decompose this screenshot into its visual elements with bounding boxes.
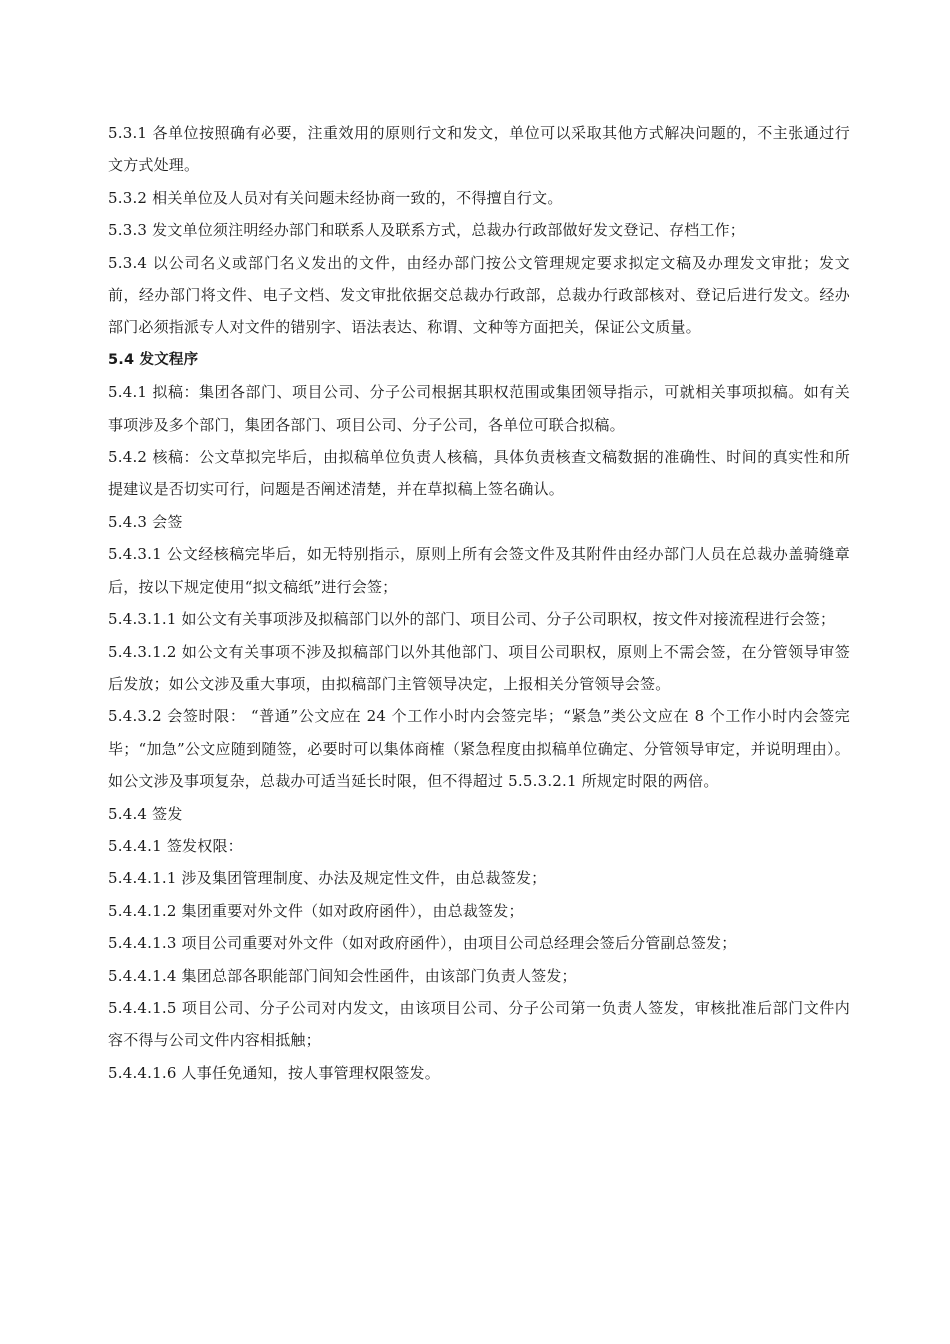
paragraph-5-4-4-1-1: 5.4.4.1.1 涉及集团管理制度、办法及规定性文件，由总裁签发； — [108, 862, 850, 894]
document-page: 5.3.1 各单位按照确有必要，注重效用的原则行文和发文，单位可以采取其他方式解… — [108, 117, 850, 1089]
paragraph-5-3-2: 5.3.2 相关单位及人员对有关问题未经协商一致的，不得擅自行文。 — [108, 182, 850, 214]
paragraph-5-4-3-1-1: 5.4.3.1.1 如公文有关事项涉及拟稿部门以外的部门、项目公司、分子公司职权… — [108, 603, 850, 635]
paragraph-5-3-1: 5.3.1 各单位按照确有必要，注重效用的原则行文和发文，单位可以采取其他方式解… — [108, 117, 850, 182]
paragraph-5-3-3: 5.3.3 发文单位须注明经办部门和联系人及联系方式，总裁办行政部做好发文登记、… — [108, 214, 850, 246]
paragraph-5-4-4-1-4: 5.4.4.1.4 集团总部各职能部门间知会性函件，由该部门负责人签发； — [108, 960, 850, 992]
paragraph-5-4-2: 5.4.2 核稿：公文草拟完毕后，由拟稿单位负责人核稿，具体负责核查文稿数据的准… — [108, 441, 850, 506]
paragraph-5-4-4-1-2: 5.4.4.1.2 集团重要对外文件（如对政府函件），由总裁签发； — [108, 895, 850, 927]
paragraph-5-4-3: 5.4.3 会签 — [108, 506, 850, 538]
paragraph-5-4-3-1-2: 5.4.3.1.2 如公文有关事项不涉及拟稿部门以外其他部门、项目公司职权，原则… — [108, 636, 850, 701]
paragraph-5-4-4-1: 5.4.4.1 签发权限： — [108, 830, 850, 862]
paragraph-5-4-1: 5.4.1 拟稿：集团各部门、项目公司、分子公司根据其职权范围或集团领导指示，可… — [108, 376, 850, 441]
paragraph-5-4-4-1-6: 5.4.4.1.6 人事任免通知，按人事管理权限签发。 — [108, 1057, 850, 1089]
paragraph-5-3-4: 5.3.4 以公司名义或部门名义发出的文件，由经办部门按公文管理规定要求拟定文稿… — [108, 247, 850, 344]
section-heading-5-4: 5.4 发文程序 — [108, 344, 850, 376]
paragraph-5-4-3-2: 5.4.3.2 会签时限： “普通”公文应在 24 个工作小时内会签完毕；“紧急… — [108, 700, 850, 797]
paragraph-5-4-4: 5.4.4 签发 — [108, 798, 850, 830]
paragraph-5-4-4-1-5: 5.4.4.1.5 项目公司、分子公司对内发文，由该项目公司、分子公司第一负责人… — [108, 992, 850, 1057]
paragraph-5-4-4-1-3: 5.4.4.1.3 项目公司重要对外文件（如对政府函件），由项目公司总经理会签后… — [108, 927, 850, 959]
paragraph-5-4-3-1: 5.4.3.1 公文经核稿完毕后，如无特别指示，原则上所有会签文件及其附件由经办… — [108, 538, 850, 603]
